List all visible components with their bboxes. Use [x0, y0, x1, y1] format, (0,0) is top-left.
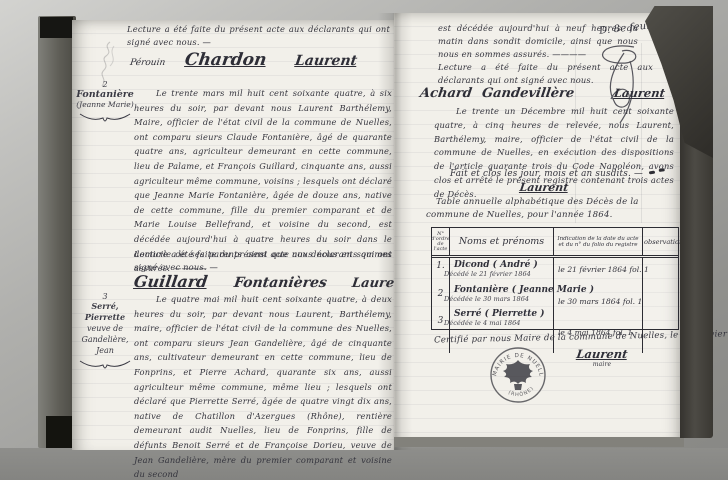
signatures-row: Pérouin Chardon Laurent — [130, 50, 395, 70]
cover-corner-top — [40, 17, 73, 38]
death-note: Décédé le 21 février 1864 — [444, 270, 553, 278]
deceased-name: Serré ( Pierrette ) — [450, 307, 553, 319]
annual-death-table: N° d'ordre de l'acte Noms et prénoms Ind… — [431, 227, 679, 330]
certification-signature: Laurent maire — [560, 347, 644, 368]
table-header-row: N° d'ordre de l'acte Noms et prénoms Ind… — [432, 228, 678, 258]
name-cell: Serré ( Pierrette ) Décédée le 4 mai 186… — [450, 307, 553, 332]
table-body: 1. 2 3 Dicond ( André ) Décédé le 21 fév… — [432, 258, 678, 328]
imperial-eagle-icon — [503, 360, 533, 390]
name-cell: Fontanière ( Jeanne Marie ) Décédée le 3… — [450, 283, 553, 308]
signature-laurent: Laurent — [613, 86, 666, 100]
signature-laurent: Laurent — [559, 347, 645, 361]
act-number: 2 — [76, 80, 134, 89]
date-folio-cell: le 30 mars 1864 fol. 1 — [554, 290, 642, 322]
signature-guillard: Guillard — [133, 272, 209, 291]
act-number: 3 — [72, 292, 138, 301]
table-title: Table annuelle alphabétique des Décès de… — [426, 196, 678, 222]
margin-detail: veuve de — [72, 323, 138, 334]
deceased-name: Fontanière ( Jeanne Marie ) — [450, 283, 553, 295]
signature-laurent: Laurent — [488, 181, 600, 194]
closing-formula: Lecture a été faite du présent acte aux … — [134, 248, 392, 274]
scanned-register-photo: Lecture a été faite du présent acte aux … — [0, 0, 728, 480]
fait-clos-line: Fait et clos les jour, mois et an susdit… — [449, 169, 644, 179]
signature-perouin: Pérouin — [129, 58, 166, 68]
margin-detail: Gandelière, Jean — [72, 334, 138, 356]
book-bottom-edge — [394, 437, 684, 447]
closing-formula: Lecture a été faite du présent acte aux … — [127, 23, 390, 49]
margin-name: Fontanière — [76, 89, 134, 100]
signature-chardon: Chardon — [184, 50, 268, 70]
margin-annotation-fontaniere: 2 Fontanière (Jeanne Marie) — [76, 80, 134, 125]
cover-corner-bottom — [46, 416, 74, 448]
death-act-may: Le quatre mai mil huit cent soixante qua… — [134, 292, 392, 480]
book-cover-left-edge — [38, 16, 76, 448]
closing-formula: Lecture a été faite du présent acte aux … — [438, 61, 653, 87]
signature-fontanieres: Fontanières — [232, 275, 327, 291]
signatures-row: Guillard Fontanières Laurent — [134, 272, 404, 291]
signature-achard: Achard — [419, 86, 473, 101]
margin-detail: (Jeanne Marie) — [76, 100, 134, 109]
name-cell: Dicond ( André ) Décédé le 21 février 18… — [450, 258, 553, 283]
signature-gandeviller: Gandevillère — [481, 86, 575, 101]
deceased-name: Dicond ( André ) — [450, 258, 553, 270]
signature-laurent: Laurent — [294, 53, 358, 69]
signatures-row: Achard Gandevillère Laurent — [420, 86, 670, 101]
date-folio-cell: le 21 février 1864 fol. 1 — [554, 258, 642, 290]
col-header-date-folio: Indication de la date du acte et du n° d… — [554, 228, 643, 255]
signature-title: maire — [560, 361, 644, 368]
left-page: Lecture a été faite du présent acte aux … — [72, 20, 394, 450]
brace-flourish-icon — [78, 111, 132, 125]
brace-flourish-icon — [78, 358, 132, 372]
col-header-act-number: N° d'ordre de l'acte — [432, 228, 450, 255]
death-note: Décédée le 30 mars 1864 — [444, 295, 553, 303]
right-page: est décédée aujourd'hui à neuf heures du… — [394, 13, 682, 437]
margin-name: Serré, Pierrette — [72, 301, 138, 323]
col-header-names: Noms et prénoms — [450, 228, 554, 255]
mairie-stamp: MAIRIE DE NUELLES (RHÔNE) — [488, 345, 548, 405]
death-note: Décédée le 4 mai 1864 — [444, 319, 553, 327]
margin-annotation-serre: 3 Serré, Pierrette veuve de Gandelière, … — [72, 292, 138, 372]
